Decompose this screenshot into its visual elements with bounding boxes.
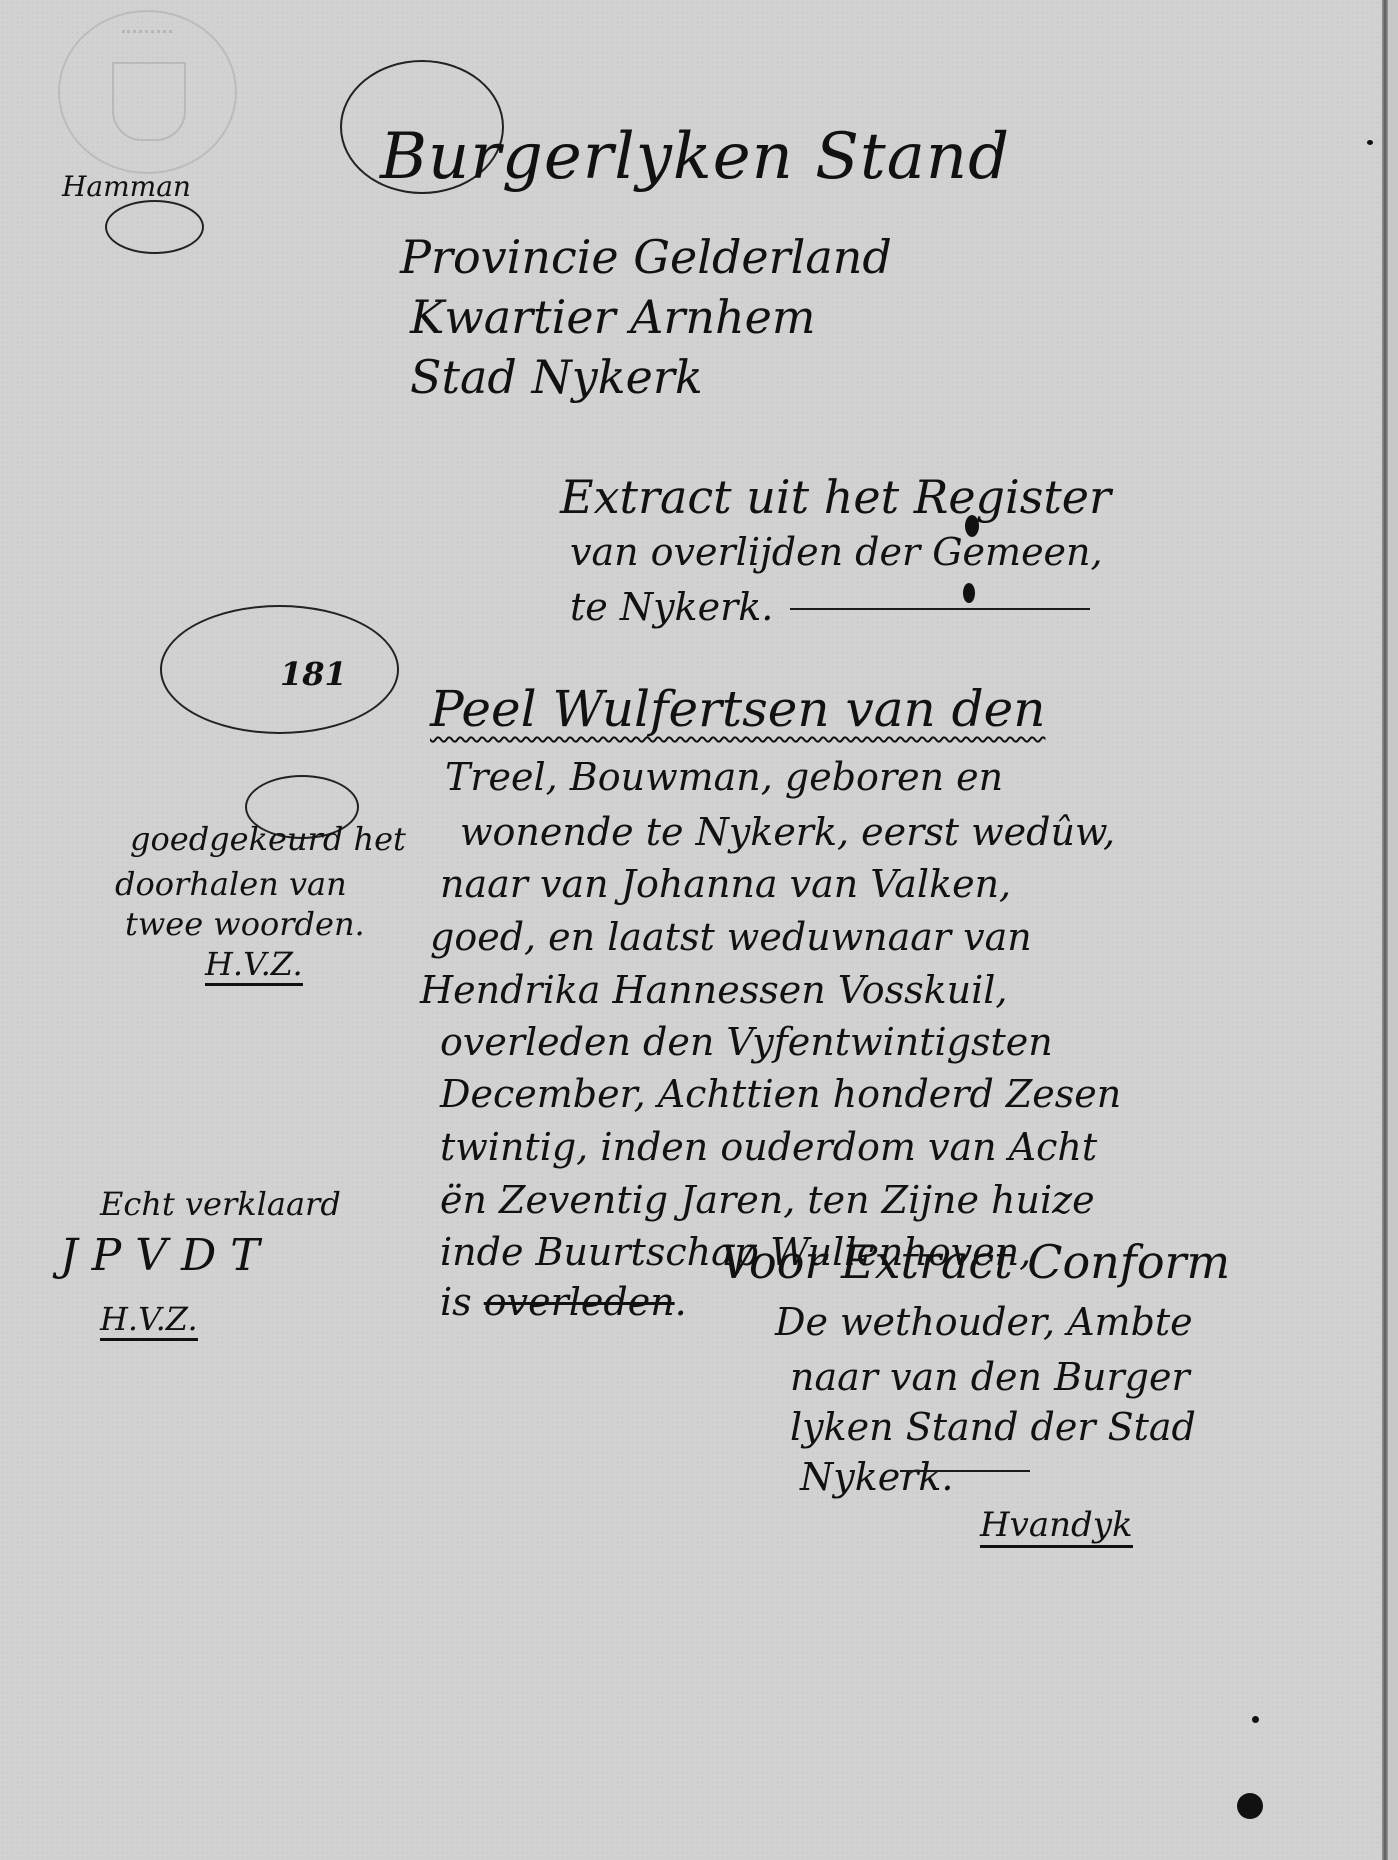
top-left-signature: Hamman xyxy=(62,170,191,203)
deceased-name: Peel Wulfertsen van den xyxy=(430,680,1045,738)
body-line-9: twintig, inden ouderdom van Acht xyxy=(440,1125,1097,1169)
ink-spot xyxy=(1367,140,1373,145)
shield-icon xyxy=(112,62,186,141)
margin-note-2-initials: H.V.Z. xyxy=(100,1300,198,1341)
body-line-1: Peel Wulfertsen van den xyxy=(430,680,1045,738)
body-line-8: December, Achttien honderd Zesen xyxy=(440,1072,1121,1116)
quarter-line: Kwartier Arnhem xyxy=(410,290,816,344)
margin-note-1-initials: H.V.Z. xyxy=(205,945,303,986)
body-line-4: naar van Johanna van Valken, xyxy=(440,862,1011,906)
body-line-3: wonende te Nykerk, eerst wedûw, xyxy=(460,810,1115,854)
closing-line-4: lyken Stand der Stad xyxy=(790,1405,1196,1449)
city-line: Stad Nykerk xyxy=(410,350,703,404)
margin-note-1-line-2: doorhalen van xyxy=(115,865,347,903)
extract-line-1: Extract uit het Register xyxy=(560,470,1111,524)
crown-icon xyxy=(122,30,172,57)
province-line: Provincie Gelderland xyxy=(400,230,892,284)
body-line-12: is overleden. xyxy=(440,1280,687,1324)
document-page: Hamman Burgerlyken Stand Provincie Gelde… xyxy=(0,0,1380,1860)
embossed-seal-icon xyxy=(58,10,237,174)
signature-flourish xyxy=(105,200,204,254)
document-title: Burgerlyken Stand xyxy=(380,120,1010,194)
record-number: 181 xyxy=(280,655,347,693)
ink-spot xyxy=(1252,1716,1259,1723)
margin-note-1-line-3: twee woorden. xyxy=(125,905,365,943)
body-line-2: Treel, Bouwman, geboren en xyxy=(445,755,1003,799)
body-line-6: Hendrika Hannessen Vosskuil, xyxy=(420,968,1008,1012)
extract-line-2: van overlijden der Gemeen, xyxy=(570,530,1103,574)
margin-note-1-line-1: goedgekeurd het xyxy=(130,820,406,858)
closing-line-1: Voor Extract Conform xyxy=(720,1235,1230,1289)
closing-line-3: naar van den Burger xyxy=(790,1355,1190,1399)
extract-flourish-line xyxy=(790,608,1090,610)
page-edge-margin xyxy=(1388,0,1398,1860)
margin-note-2-line-1: Echt verklaard xyxy=(100,1185,341,1223)
body-line-7: overleden den Vyfentwintigsten xyxy=(440,1020,1053,1064)
ink-spot xyxy=(963,583,975,603)
official-signature: Hvandyk xyxy=(980,1505,1133,1548)
struck-word: overleden xyxy=(484,1280,675,1324)
body-line-10: ën Zeventig Jaren, ten Zijne huize xyxy=(440,1178,1095,1222)
closing-line-2: De wethouder, Ambte xyxy=(775,1300,1193,1344)
closing-flourish-line xyxy=(900,1470,1030,1472)
closing-line-5: Nykerk. xyxy=(800,1455,954,1499)
ink-spot xyxy=(1237,1793,1263,1819)
extract-line-3: te Nykerk. xyxy=(570,585,773,629)
body-line-5: goed, en laatst weduwnaar van xyxy=(430,915,1032,959)
margin-note-2-line-2: J P V D T xyxy=(60,1230,260,1281)
ink-spot xyxy=(965,515,979,537)
